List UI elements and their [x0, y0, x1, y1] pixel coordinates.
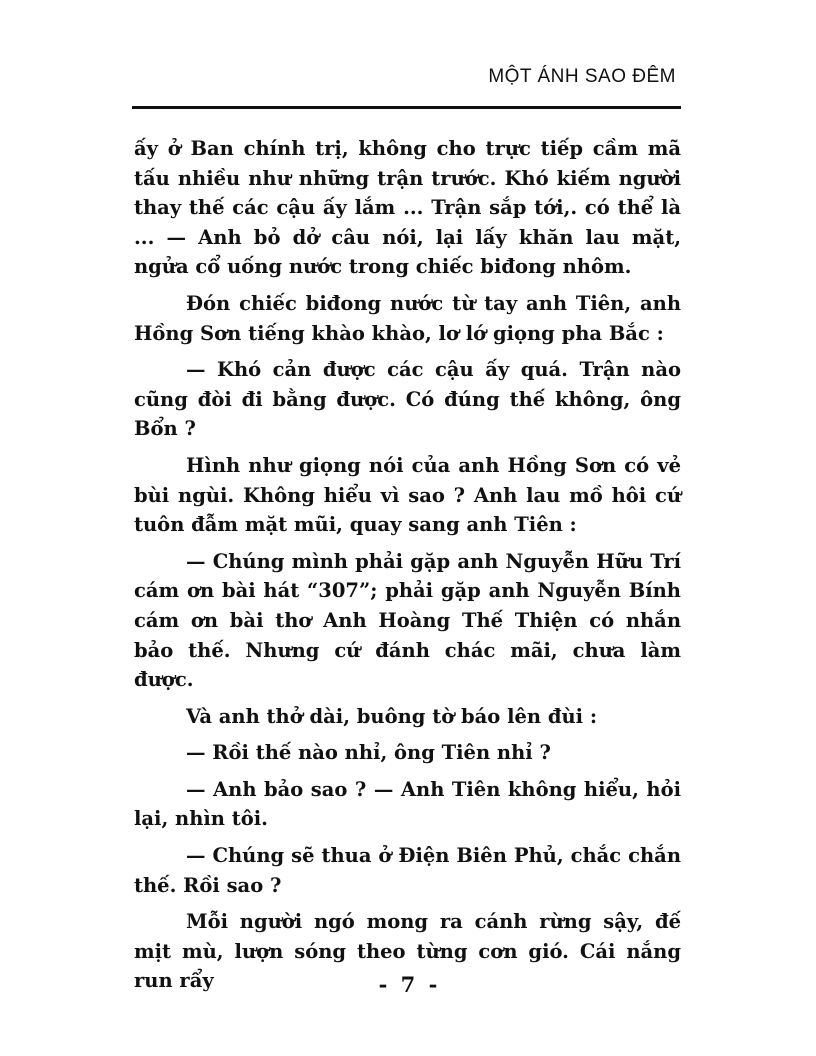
paragraph: Và anh thở dài, buông tờ báo lên đùi :: [134, 702, 681, 732]
paragraph: ấy ở Ban chính trị, không cho trực tiếp …: [134, 134, 681, 282]
dialogue-paragraph: — Chúng sẽ thua ở Điện Biên Phủ, chắc ch…: [134, 841, 681, 900]
paragraph: Hình như giọng nói của anh Hồng Sơn có v…: [134, 451, 681, 540]
running-head-title: MỘT ÁNH SAO ĐÊM: [488, 66, 676, 88]
header-rule-divider: [132, 106, 681, 109]
body-text: ấy ở Ban chính trị, không cho trực tiếp …: [134, 134, 681, 1003]
dialogue-paragraph: — Khó cản được các cậu ấy quá. Trận nào …: [134, 355, 681, 444]
page-number: - 7 -: [0, 972, 816, 997]
dialogue-paragraph: — Anh bảo sao ? — Anh Tiên không hiểu, h…: [134, 775, 681, 834]
dialogue-paragraph: — Chúng mình phải gặp anh Nguyễn Hữu Trí…: [134, 547, 681, 695]
dialogue-paragraph: — Rồi thế nào nhỉ, ông Tiên nhỉ ?: [134, 738, 681, 768]
paragraph: Đón chiếc biđong nước từ tay anh Tiên, a…: [134, 289, 681, 348]
